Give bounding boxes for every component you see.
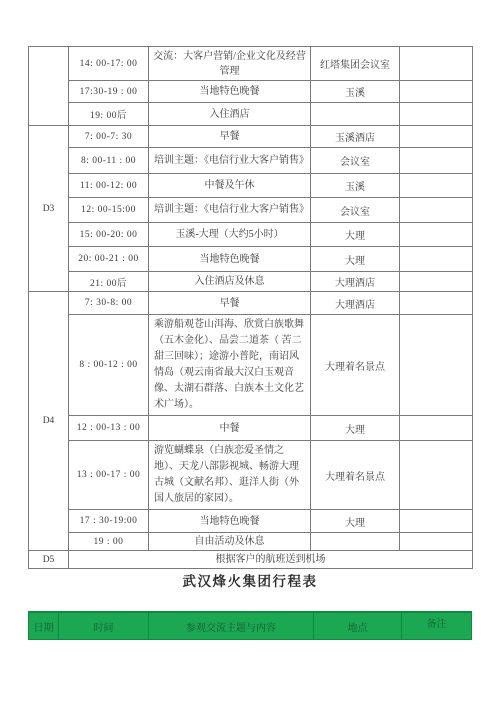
itinerary-table: 14: 00-17: 00交流：大客户营销/企业文化及经营管理红塔集团会议室17… (28, 46, 473, 569)
note-cell (400, 81, 473, 103)
location-cell (311, 533, 400, 551)
table-row: 13 : 00-17 : 00游览蝴蝶泉（白族恋爱圣情之地）、天龙八部影视城、畅… (29, 441, 473, 510)
table-row: D47: 30-8: 00早餐大理酒店 (29, 292, 473, 315)
location-cell: 大理着名景点 (311, 315, 400, 416)
time-cell: 17:30-19 : 00 (69, 81, 149, 103)
merged-content-cell: 根据客户的航班送到机场 (69, 551, 473, 569)
table-row: 12 : 00-13 : 00中餐大理 (29, 416, 473, 441)
time-cell: 7: 30-8: 00 (69, 292, 149, 315)
location-cell: 大理着名景点 (311, 441, 400, 510)
table-row: 15: 00-20: 00玉溪-大理（大约5小时）大理 (29, 223, 473, 247)
itinerary-table-container: 14: 00-17: 00交流：大客户营销/企业文化及经营管理红塔集团会议室17… (28, 46, 473, 569)
content-cell: 自由活动及休息 (149, 533, 311, 551)
location-cell: 玉溪 (311, 174, 400, 198)
note-cell (400, 510, 473, 533)
content-cell: 游览蝴蝶泉（白族恋爱圣情之地）、天龙八部影视城、畅游大理古城（文献名邦）、逛洋人… (149, 441, 311, 510)
schedule-header-table: 日期 时间 参观交流主题与内容 地点 备注 (28, 611, 472, 640)
note-cell (400, 533, 473, 551)
note-cell (400, 126, 473, 148)
time-cell: 7: 00-7: 30 (69, 126, 149, 148)
location-cell: 大理 (311, 416, 400, 441)
content-cell: 入住酒店 (149, 103, 311, 126)
time-cell: 20: 00-21 : 00 (69, 247, 149, 272)
day-cell: D4 (29, 292, 69, 551)
content-cell: 交流：大客户营销/企业文化及经营管理 (149, 47, 311, 81)
content-cell: 早餐 (149, 292, 311, 315)
content-cell: 培训主题：《电信行业大客户销售》 (149, 198, 311, 223)
content-cell: 当地特色晚餐 (149, 510, 311, 533)
table-row: 11: 00-12: 00中餐及午休玉溪 (29, 174, 473, 198)
note-cell (400, 47, 473, 81)
location-cell: 大理酒店 (311, 292, 400, 315)
page-title: 武汉烽火集团行程表 (0, 570, 500, 590)
location-cell (311, 103, 400, 126)
location-cell: 玉溪 (311, 81, 400, 103)
location-cell: 会议室 (311, 148, 400, 174)
day-cell: D3 (29, 126, 69, 292)
note-cell (400, 223, 473, 247)
table-row: D5根据客户的航班送到机场 (29, 551, 473, 569)
header-cell-remarks: 备注 (402, 613, 471, 639)
content-cell: 早餐 (149, 126, 311, 148)
table-row: 21: 00后入住酒店及休息大理酒店 (29, 272, 473, 292)
note-cell (400, 174, 473, 198)
document-page: 14: 00-17: 00交流：大客户营销/企业文化及经营管理红塔集团会议室17… (0, 0, 500, 708)
table-row: 17:30-19 : 00当地特色晚餐玉溪 (29, 81, 473, 103)
time-cell: 17 : 30-19:00 (69, 510, 149, 533)
day-cell: D5 (29, 551, 69, 569)
table-row: 12: 00-15:00培训主题：《电信行业大客户销售》会议室 (29, 198, 473, 223)
time-cell: 19: 00后 (69, 103, 149, 126)
note-cell (400, 272, 473, 292)
table-row: 14: 00-17: 00交流：大客户营销/企业文化及经营管理红塔集团会议室 (29, 47, 473, 81)
note-cell (400, 247, 473, 272)
table-row: 19 : 00自由活动及休息 (29, 533, 473, 551)
table-row: 17 : 30-19:00当地特色晚餐大理 (29, 510, 473, 533)
table-row: 8 : 00-12 : 00乘游船观苍山洱海、欣赏白族歌舞（五木金化）、品尝二道… (29, 315, 473, 416)
content-cell: 当地特色晚餐 (149, 81, 311, 103)
time-cell: 14: 00-17: 00 (69, 47, 149, 81)
time-cell: 11: 00-12: 00 (69, 174, 149, 198)
header-cell-topic: 参观交流主题与内容 (149, 613, 314, 639)
time-cell: 21: 00后 (69, 272, 149, 292)
content-cell: 中餐 (149, 416, 311, 441)
time-cell: 12: 00-15:00 (69, 198, 149, 223)
time-cell: 12 : 00-13 : 00 (69, 416, 149, 441)
content-cell: 入住酒店及休息 (149, 272, 311, 292)
header-cell-location: 地点 (314, 613, 402, 639)
table-row: 20: 00-21 : 00当地特色晚餐大理 (29, 247, 473, 272)
content-cell: 当地特色晚餐 (149, 247, 311, 272)
time-cell: 19 : 00 (69, 533, 149, 551)
content-cell: 乘游船观苍山洱海、欣赏白族歌舞（五木金化）、品尝二道茶（ 苦二甜三回味）；途游小… (149, 315, 311, 416)
note-cell (400, 441, 473, 510)
note-cell (400, 148, 473, 174)
note-cell (400, 292, 473, 315)
content-cell: 培训主题：《电信行业大客户销售》 (149, 148, 311, 174)
content-cell: 中餐及午休 (149, 174, 311, 198)
note-cell (400, 103, 473, 126)
time-cell: 8 : 00-12 : 00 (69, 315, 149, 416)
time-cell: 8: 00-11 : 00 (69, 148, 149, 174)
note-cell (400, 198, 473, 223)
location-cell: 玉溪酒店 (311, 126, 400, 148)
location-cell: 大理 (311, 510, 400, 533)
header-cell-time: 时间 (59, 613, 149, 639)
time-cell: 15: 00-20: 00 (69, 223, 149, 247)
location-cell: 红塔集团会议室 (311, 47, 400, 81)
location-cell: 大理 (311, 247, 400, 272)
content-cell: 玉溪-大理（大约5小时） (149, 223, 311, 247)
day-cell (29, 47, 69, 126)
location-cell: 大理 (311, 223, 400, 247)
note-cell (400, 416, 473, 441)
itinerary-body: 14: 00-17: 00交流：大客户营销/企业文化及经营管理红塔集团会议室17… (29, 47, 473, 569)
table-row: D37: 00-7: 30早餐玉溪酒店 (29, 126, 473, 148)
location-cell: 会议室 (311, 198, 400, 223)
table-row: 8: 00-11 : 00培训主题：《电信行业大客户销售》会议室 (29, 148, 473, 174)
header-cell-date: 日期 (29, 613, 59, 639)
location-cell: 大理酒店 (311, 272, 400, 292)
table-row: 19: 00后入住酒店 (29, 103, 473, 126)
time-cell: 13 : 00-17 : 00 (69, 441, 149, 510)
note-cell (400, 315, 473, 416)
